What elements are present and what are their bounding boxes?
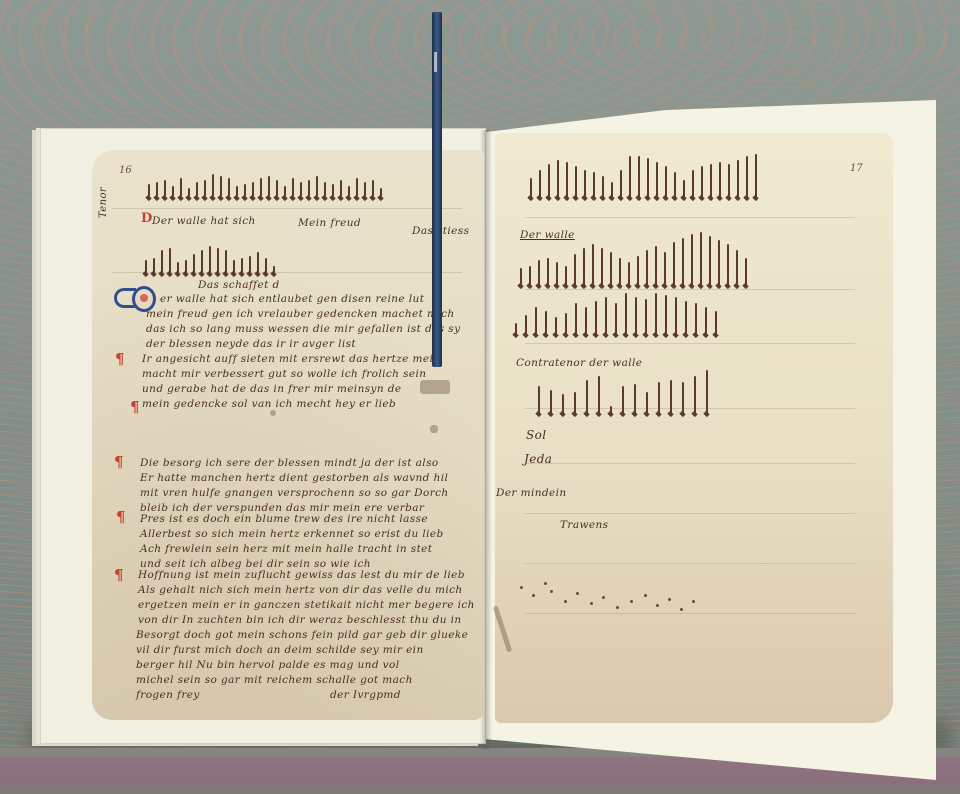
manuscript-text-line: mein freud gen ich vrelauber gedencken m… (146, 307, 455, 322)
text-under-notes: Das schaffet d (198, 278, 280, 293)
manuscript-text-line: das ich so lang muss wessen die mir gefa… (146, 322, 460, 337)
paragraph-mark: ¶ (130, 398, 140, 416)
scribe-signature: der Ivrgpmd (330, 688, 401, 703)
notation-row (148, 172, 382, 200)
notation-row (145, 236, 275, 276)
manuscript-text-line: berger hil Nu bin hervol palde es mag un… (136, 658, 400, 673)
margin-label-tenor: Tenor (96, 187, 111, 218)
staff-rule (112, 208, 462, 209)
manuscript-text-line: vil dir furst mich doch an deim schilde … (136, 643, 424, 658)
manuscript-text-line: Hoffnung ist mein zuflucht gewiss das le… (138, 568, 465, 583)
paragraph-mark: ¶ (115, 350, 125, 368)
notation-row (520, 222, 747, 288)
manuscript-short-line: Jeda (524, 452, 552, 467)
notation-row (515, 285, 717, 337)
paragraph-mark: ¶ (114, 453, 124, 471)
manuscript-text-line: Die besorg ich sere der blessen mindt ja… (140, 456, 439, 471)
manuscript-text-line: und gerabe hat de das in frer mir meinsy… (142, 382, 401, 397)
manuscript-text-line: Er hatte manchen hertz dient gestorben a… (140, 471, 448, 486)
folio-number-right: 17 (850, 163, 863, 174)
manuscript-text-line: ergetzen mein er in ganczen stetikait ni… (138, 598, 475, 613)
manuscript-text-line: Pres ist es doch ein blume trew des ire … (140, 512, 428, 527)
staff-rule (525, 513, 855, 514)
manuscript-text-line: macht mir verbessert gut so wolle ich fr… (142, 367, 426, 382)
bookmark-ribbon (432, 12, 442, 367)
manuscript-text-line: michel sein so gar mit reichem schalle g… (136, 673, 413, 688)
staff-rule (525, 613, 855, 614)
text-incipit: Der walle hat sich (152, 214, 256, 229)
paragraph-mark: ¶ (114, 566, 124, 584)
paragraph-mark: ¶ (116, 508, 126, 526)
manuscript-text-line: mit vren hulfe gnangen versprochenn so s… (140, 486, 449, 501)
manuscript-text-line: er walle hat sich entlaubet gen disen re… (160, 292, 424, 307)
staff-rule (525, 217, 855, 218)
staff-rule (525, 563, 855, 564)
manuscript-text-line: Als gehalt nich sich mein hertz von dir … (138, 583, 463, 598)
notation-row (538, 368, 708, 416)
manuscript-text-line: von dir In zuchten bin ich dir weraz bes… (138, 613, 462, 628)
folio-number-left: 16 (119, 165, 132, 176)
manuscript-text-line: Besorgt doch got mein schons fein pild g… (136, 628, 468, 643)
manuscript-text-line: mein gedencke sol van ich mecht hey er l… (142, 397, 396, 412)
text-under-notes: Mein freud (298, 216, 361, 231)
manuscript-text-line: der blessen neyde das ir ir avger list (146, 337, 356, 352)
bottom-label: Der mindein (496, 486, 567, 501)
notation-row (530, 150, 757, 200)
manuscript-text-line: Ach frewlein sein herz mit mein halle tr… (140, 542, 432, 557)
manuscript-short-line: Sol (526, 428, 546, 443)
manuscript-text-line: frogen frey (136, 688, 200, 703)
manuscript-text-line: Allerbest so sich mein hertz erkennet so… (140, 527, 444, 542)
staff-rule (525, 343, 855, 344)
bottom-label: Trawens (560, 518, 608, 533)
manuscript-text-line: Ir angesicht auff sieten mit ersrewt das… (142, 352, 440, 367)
staff-rule (525, 463, 855, 464)
